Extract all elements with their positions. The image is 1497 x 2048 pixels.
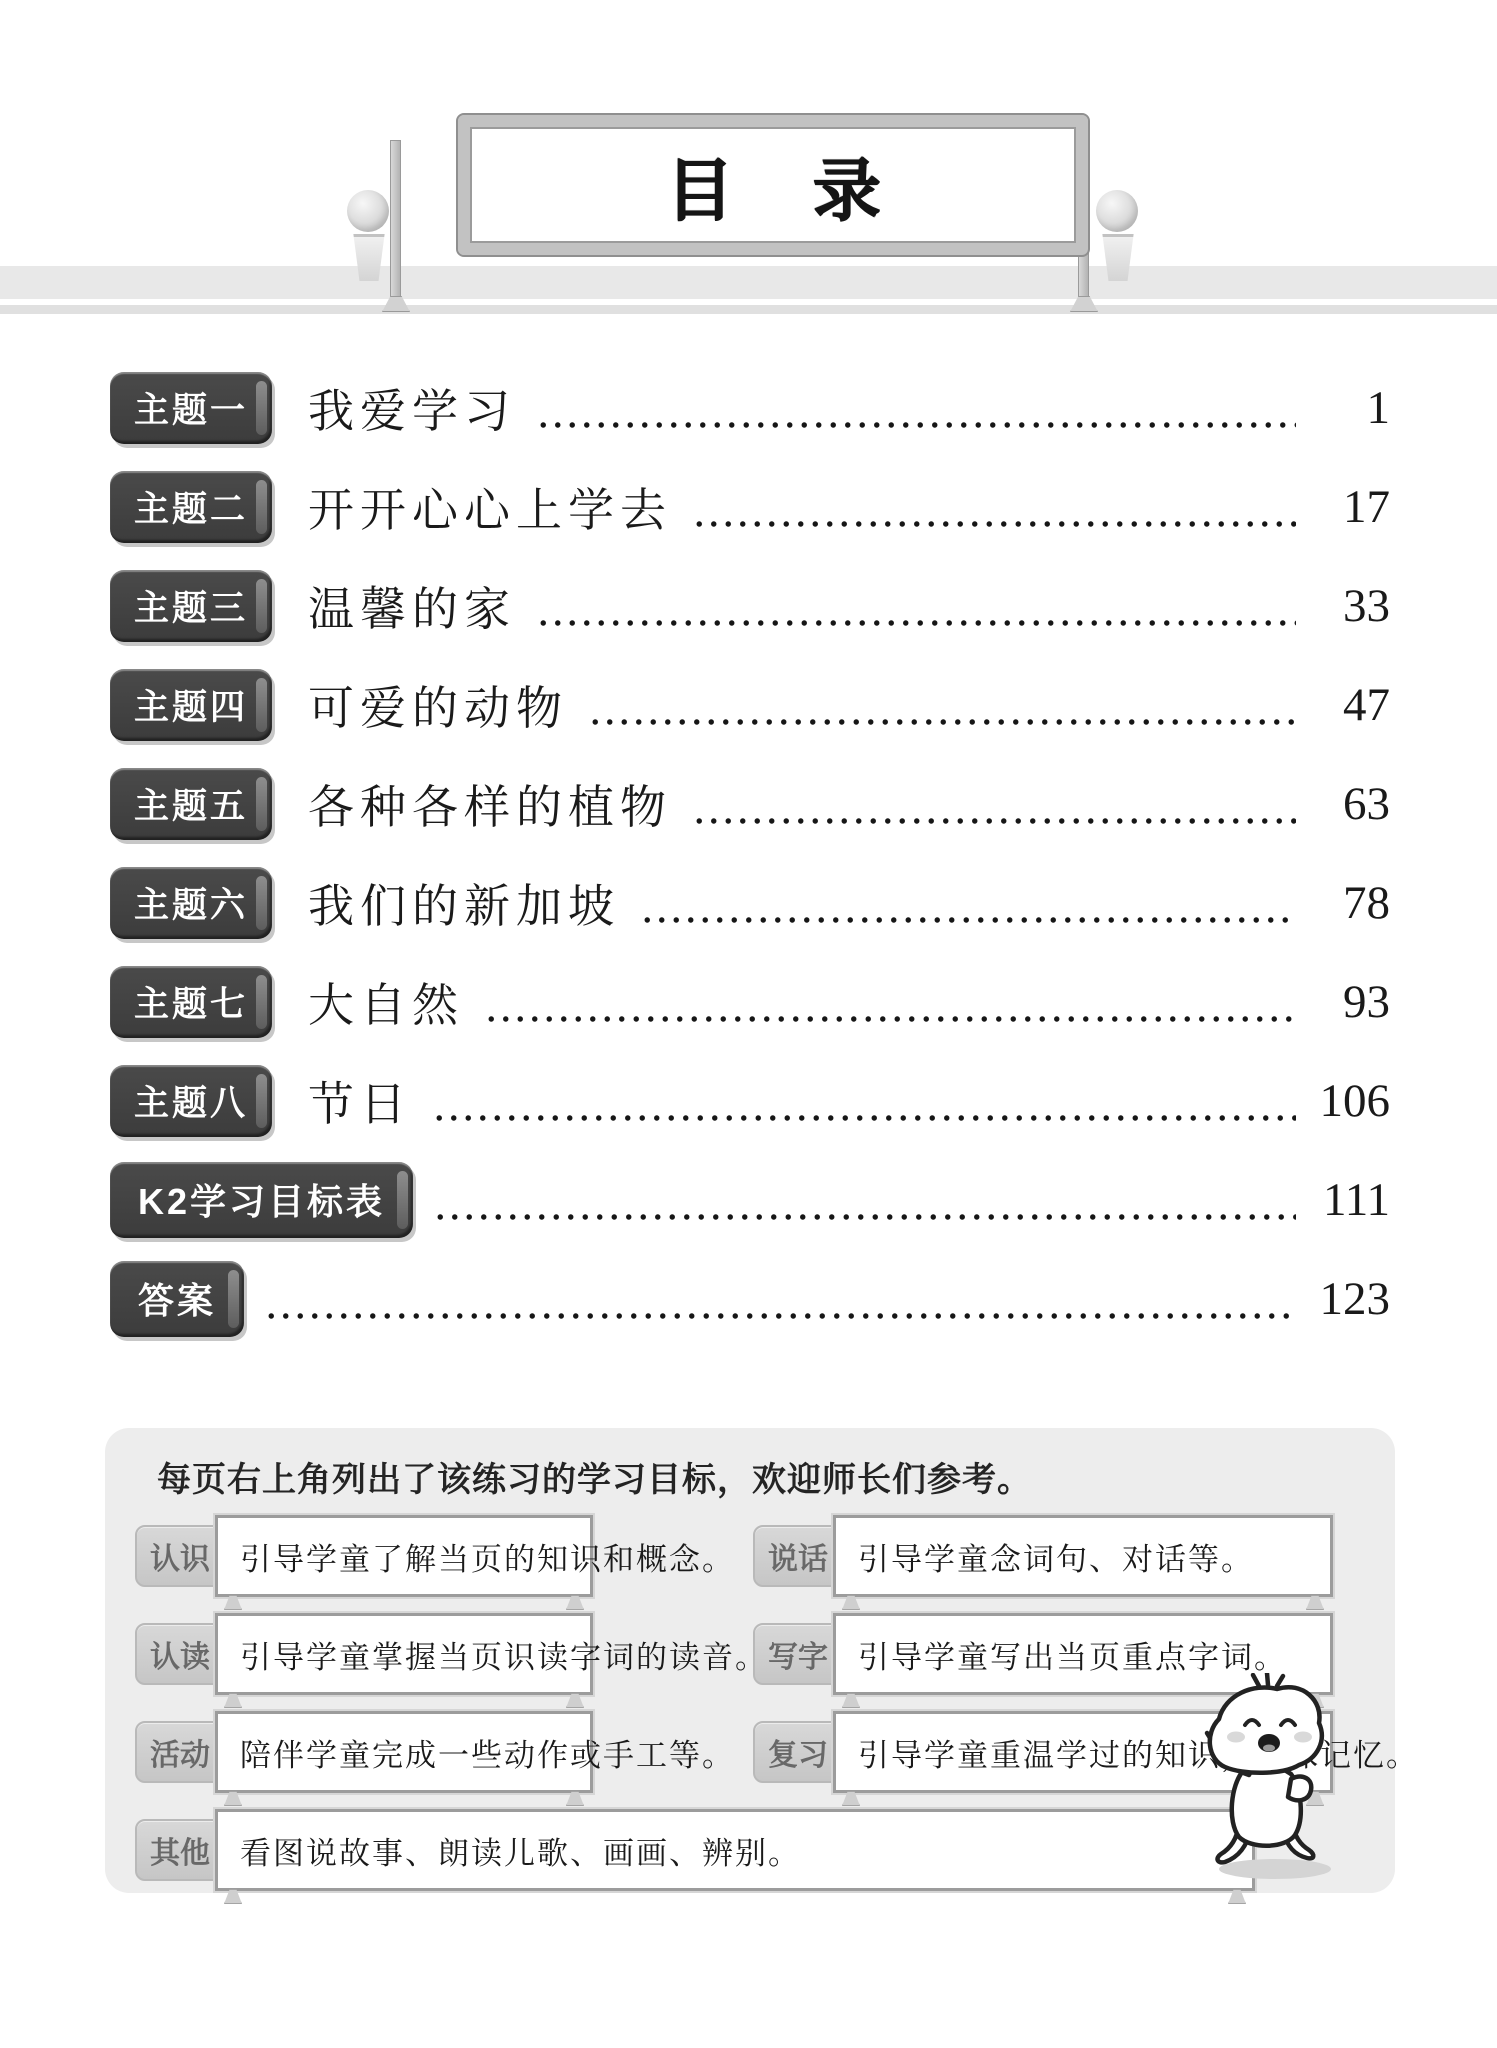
dotted-leader — [536, 422, 1296, 428]
toc-entry: 主题六 我们的新加坡 78 — [110, 853, 1390, 952]
theme-badge: 主题一 — [110, 372, 272, 444]
toc-entry-title: 各种各样的植物 — [308, 771, 672, 837]
topiary-plant-right-icon — [1096, 190, 1140, 281]
theme-badge: 主题五 — [110, 768, 272, 840]
title-board: 目 录 — [458, 115, 1088, 255]
toc-page-number: 17 — [1310, 480, 1390, 534]
dotted-leader — [692, 521, 1296, 527]
dotted-leader — [484, 1016, 1296, 1022]
toc-entry: 主题五 各种各样的植物 63 — [110, 754, 1390, 853]
dotted-leader — [588, 719, 1296, 725]
legend-description-board: 引导学童念词句、对话等。 — [833, 1515, 1333, 1597]
legend-label: 其他 — [135, 1819, 225, 1881]
theme-badge: 主题三 — [110, 570, 272, 642]
dotted-leader — [264, 1313, 1296, 1319]
page-title: 目 录 — [636, 137, 911, 234]
toc-page-number: 1 — [1310, 381, 1390, 435]
legend-label: 说话 — [753, 1525, 843, 1587]
legend-label: 认识 — [135, 1525, 225, 1587]
theme-badge: 主题六 — [110, 867, 272, 939]
legend-description-board: 引导学童了解当页的知识和概念。 — [215, 1515, 593, 1597]
toc-entry: 答案 123 — [110, 1249, 1390, 1348]
plant-pot — [352, 234, 386, 281]
legend-description-board: 看图说故事、朗读儿歌、画画、辨别。 — [215, 1809, 1255, 1891]
toc-page-number: 33 — [1310, 579, 1390, 633]
dotted-leader — [536, 620, 1296, 626]
toc-entry-title: 开开心心上学去 — [308, 474, 672, 540]
legend-description-board: 陪伴学童完成一些动作或手工等。 — [215, 1711, 593, 1793]
toc-page-number: 78 — [1310, 876, 1390, 930]
toc-page-number: 106 — [1310, 1074, 1390, 1128]
wall-band — [0, 266, 1497, 299]
toc-entry: 主题二 开开心心上学去 17 — [110, 457, 1390, 556]
toc-page-number: 111 — [1310, 1173, 1390, 1227]
toc-entry-title: 节日 — [308, 1068, 412, 1134]
toc-entry-title: 温馨的家 — [308, 573, 516, 639]
toc-entry: 主题七 大自然 93 — [110, 952, 1390, 1051]
toc-entry-title: 我爱学习 — [308, 375, 516, 441]
toc-entry-title: 大自然 — [308, 969, 464, 1035]
toc-entry: 主题三 温馨的家 33 — [110, 556, 1390, 655]
legend-label: 活动 — [135, 1721, 225, 1783]
dotted-leader — [433, 1214, 1296, 1220]
wall-band-line — [0, 305, 1497, 314]
dotted-leader — [692, 818, 1296, 824]
toc-page-number: 47 — [1310, 678, 1390, 732]
toc-entry: K2学习目标表 111 — [110, 1150, 1390, 1249]
dotted-leader — [432, 1115, 1296, 1121]
toc-page-number: 93 — [1310, 975, 1390, 1029]
topiary-plant-left-icon — [347, 190, 391, 281]
legend-label: 认读 — [135, 1623, 225, 1685]
toc-entry: 主题四 可爱的动物 47 — [110, 655, 1390, 754]
dotted-leader — [640, 917, 1296, 923]
toc-entry-title: 我们的新加坡 — [308, 870, 620, 936]
theme-badge: 主题七 — [110, 966, 272, 1038]
theme-badge: 主题二 — [110, 471, 272, 543]
plant-pot — [1101, 234, 1135, 281]
theme-badge: 主题八 — [110, 1065, 272, 1137]
toc-entry: 主题八 节日 106 — [110, 1051, 1390, 1150]
theme-badge: 主题四 — [110, 669, 272, 741]
board-stand-leg-left — [390, 140, 401, 300]
answers-badge: 答案 — [110, 1261, 244, 1337]
legend-heading: 每页右上角列出了该练习的学习目标，欢迎师长们参考。 — [105, 1428, 1395, 1501]
toc-page-number: 123 — [1310, 1272, 1390, 1326]
plant-ball — [1096, 190, 1138, 232]
legend-description-board: 引导学童掌握当页识读字词的读音。 — [215, 1613, 593, 1695]
legend-panel: 每页右上角列出了该练习的学习目标，欢迎师长们参考。 认识 引导学童了解当页的知识… — [105, 1428, 1395, 1893]
table-of-contents: 主题一 我爱学习 1 主题二 开开心心上学去 17 主题三 温馨的家 33 主题… — [110, 358, 1390, 1348]
legend-label: 复习 — [753, 1721, 843, 1783]
k2-goals-badge: K2学习目标表 — [110, 1162, 413, 1238]
toc-entry: 主题一 我爱学习 1 — [110, 358, 1390, 457]
toc-page-number: 63 — [1310, 777, 1390, 831]
mascot-character-icon — [1195, 1673, 1347, 1883]
plant-ball — [347, 190, 389, 232]
toc-entry-title: 可爱的动物 — [308, 672, 568, 738]
